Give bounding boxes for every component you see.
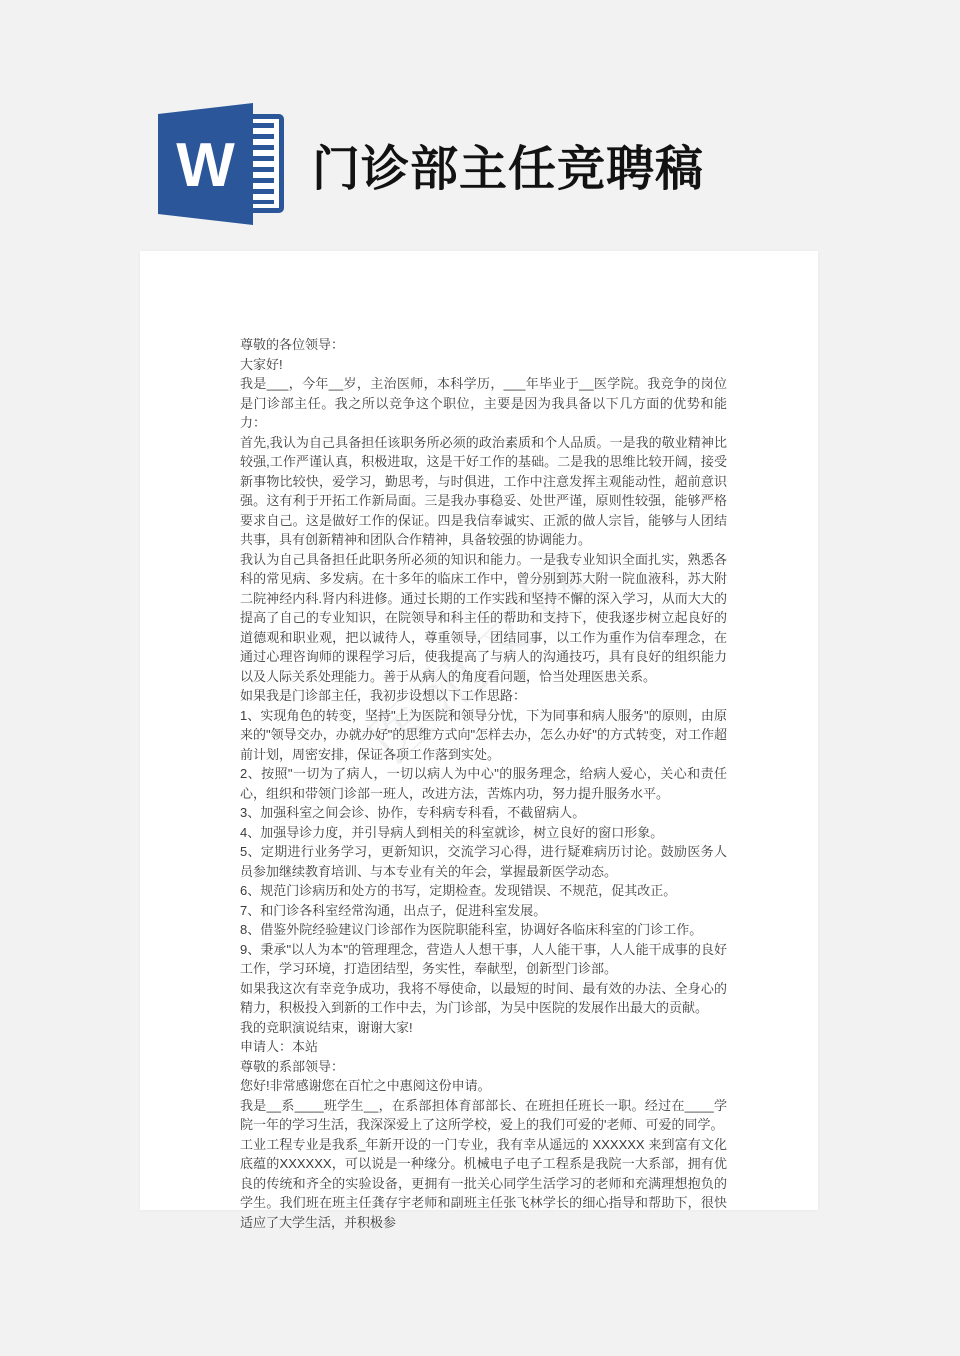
paragraph: 如果我是门诊部主任，我初步设想以下工作思路：	[240, 686, 727, 706]
paragraph-list-item: 5、定期进行业务学习，更新知识，交流学习心得，进行疑难病历讨论。鼓励医务人员参加…	[240, 842, 727, 881]
word-flag-icon: W	[158, 103, 253, 225]
page-title: 门诊部主任竞聘稿	[312, 130, 704, 199]
paragraph: 首先,我认为自己具备担任该职务所必须的政治素质和个人品质。一是我的敬业精神比较强…	[240, 433, 727, 550]
paragraph: 如果我这次有幸竞争成功，我将不辱使命，以最短的时间、最有效的办法、全身心的精力，…	[240, 979, 727, 1018]
paragraph-list-item: 7、和门诊各科室经常沟通，出点子，促进科室发展。	[240, 901, 727, 921]
paragraph: 我是___，今年__岁，主治医师，本科学历，___年毕业于__医学院。我竞争的岗…	[240, 374, 727, 433]
paragraph: 我认为自己具备担任此职务所必须的知识和能力。一是我专业知识全面扎实，熟悉各科的常…	[240, 550, 727, 687]
paragraph: 工业工程专业是我系_年新开设的一门专业，我有幸从遥远的 XXXXXX 来到富有文…	[240, 1135, 727, 1233]
ms-word-icon: W	[158, 103, 284, 225]
paragraph: 您好!非常感谢您在百忙之中惠阅这份申请。	[240, 1076, 727, 1096]
paragraph-list-item: 9、秉承"以人为本"的管理理念，营造人人想干事，人人能干事，人人能干成事的良好工…	[240, 940, 727, 979]
paragraph-list-item: 2、按照"一切为了病人，一切以病人为中心"的服务理念，给病人爱心，关心和责任心，…	[240, 764, 727, 803]
paragraph-salutation: 尊敬的系部领导：	[240, 1057, 727, 1077]
paragraph-list-item: 4、加强导诊力度，并引导病人到相关的科室就诊，树立良好的窗口形象。	[240, 823, 727, 843]
document-body: 尊敬的各位领导： 大家好! 我是___，今年__岁，主治医师，本科学历，___年…	[240, 335, 727, 1232]
document-page: 医范文网 尊敬的各位领导： 大家好! 我是___，今年__岁，主治医师，本科学历…	[140, 251, 818, 1210]
paragraph-list-item: 8、借鉴外院经验建议门诊部作为医院职能科室，协调好各临床科室的门诊工作。	[240, 920, 727, 940]
paragraph-list-item: 6、规范门诊病历和处方的书写，定期检查。发现错误、不规范，促其改正。	[240, 881, 727, 901]
paragraph-list-item: 1、实现角色的转变，坚持"上为医院和领导分忧，下为同事和病人服务"的原则，由原来…	[240, 706, 727, 765]
paragraph-applicant: 申请人：本站	[240, 1037, 727, 1057]
paragraph-list-item: 3、加强科室之间会诊、协作，专科病专科看，不截留病人。	[240, 803, 727, 823]
word-letter: W	[176, 135, 235, 197]
paragraph: 大家好!	[240, 355, 727, 375]
paragraph-salutation: 尊敬的各位领导：	[240, 335, 727, 355]
document-header: W 门诊部主任竞聘稿	[158, 103, 704, 225]
paragraph-closing: 我的竞职演说结束，谢谢大家!	[240, 1018, 727, 1038]
paragraph: 我是__系____班学生__，在系部担体育部部长、在班担任班长一职。经过在___…	[240, 1096, 727, 1135]
